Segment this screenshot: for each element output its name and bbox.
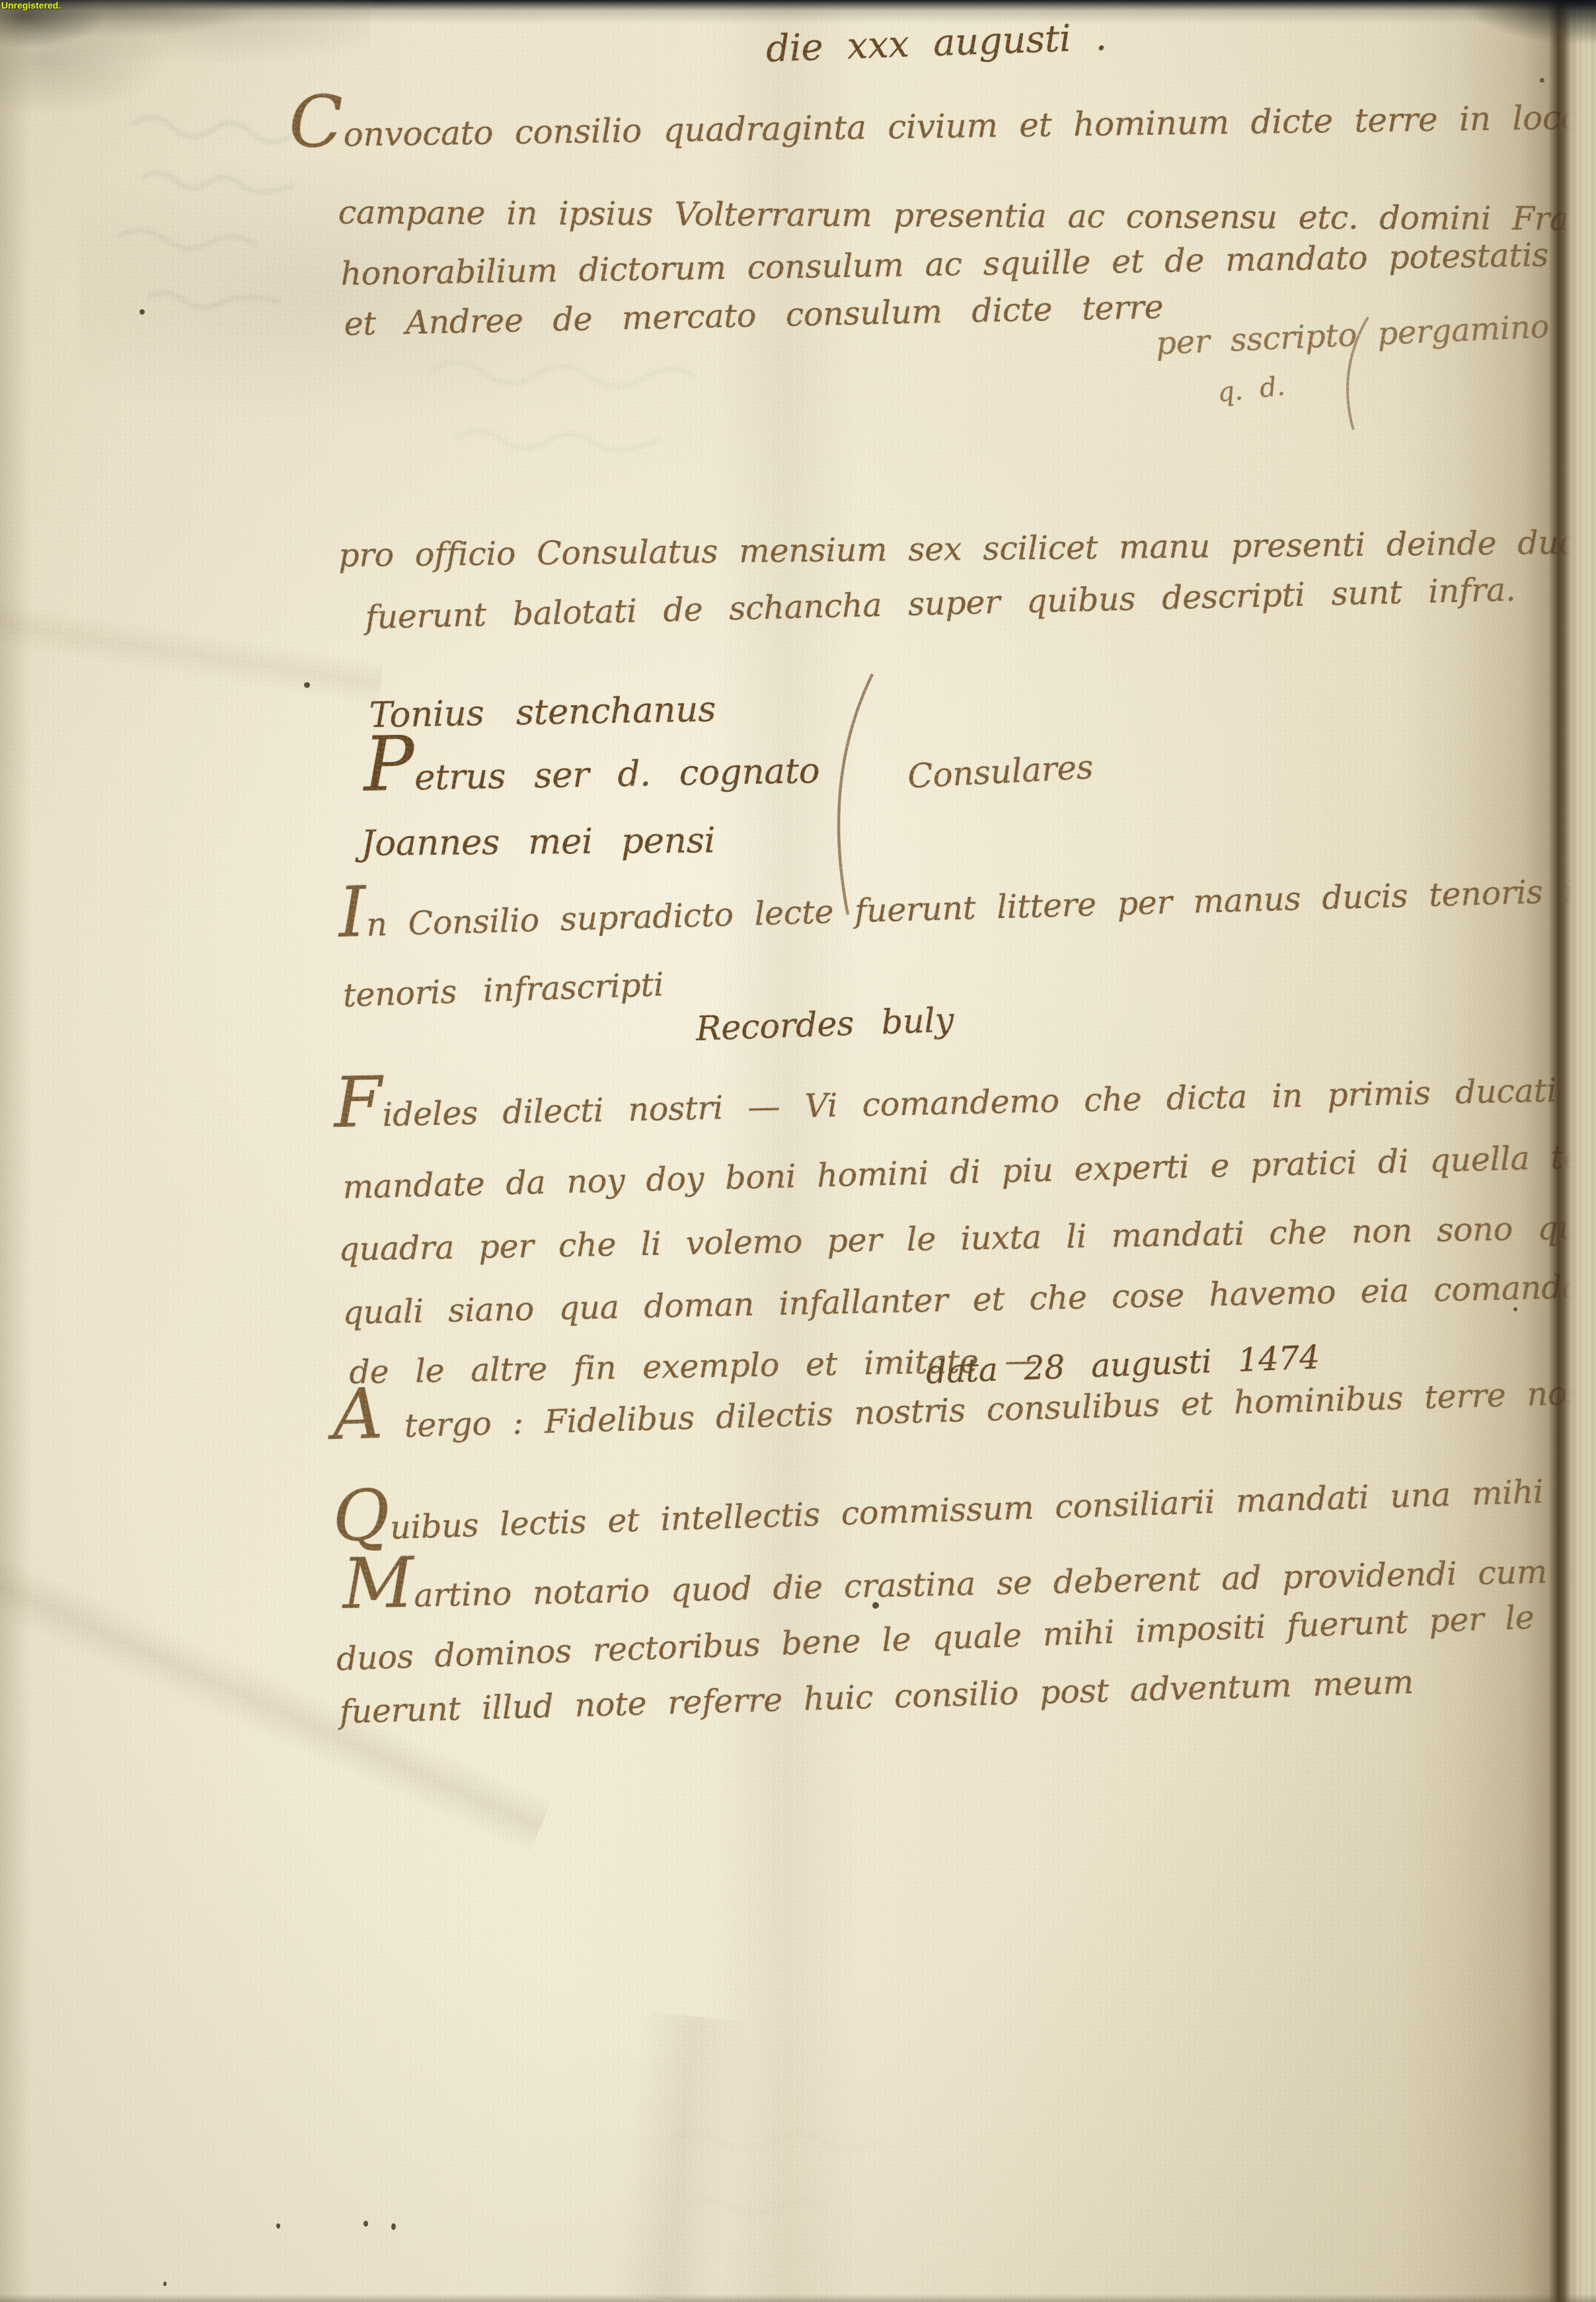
- ink-dot: [139, 309, 145, 315]
- consul-name: Petrus ser d. cognato: [363, 751, 820, 799]
- page-left-edge-shadow: [0, 0, 30, 2302]
- manuscript-centered-word: Recordes buly: [695, 1001, 954, 1049]
- next-page-edge-streaks: [1550, 0, 1596, 2302]
- ink-speck: [391, 2223, 396, 2230]
- ink-speck: [363, 2221, 368, 2227]
- ink-speck: [872, 1602, 879, 1609]
- scan-background-top-right-corner: [1424, 0, 1596, 86]
- page-bottom-edge-shadow: [0, 2294, 1596, 2302]
- manuscript-page: die xxx augusti . Convocato consilio qua…: [0, 0, 1596, 2302]
- manuscript-line: fuerunt illud note referre huic consilio…: [339, 1664, 1414, 1731]
- scanner-watermark: Unregistered.: [1, 1, 61, 11]
- verso-showthrough-lower-center: [648, 2102, 925, 2274]
- manuscript-line: Fideles dilecti nostri — Vi comandemo ch…: [334, 1071, 1557, 1135]
- crease-vertical-center: [714, 0, 859, 2302]
- consul-name: Tonius stenchanus: [369, 689, 716, 736]
- ink-dot: [304, 682, 310, 688]
- manuscript-line: fuerunt balotati de schancha super quibu…: [365, 570, 1516, 636]
- torn-paper-corner: [0, 0, 370, 198]
- manuscript-line: tenoris infrascripti: [342, 966, 664, 1015]
- manuscript-line: Quibus lectis et intellectis commissum c…: [332, 1473, 1544, 1549]
- marginal-mark: q. d.: [1216, 371, 1286, 408]
- consuls-label: Consulares: [907, 748, 1094, 796]
- consul-bracket-stroke: [803, 669, 889, 920]
- verso-showthrough-mid: [410, 330, 780, 502]
- crease-bottom-center: [613, 2011, 748, 2302]
- manuscript-line: et Andree de mercato consulum dicte terr…: [344, 288, 1164, 343]
- consul-name: Joannes mei pensi: [361, 820, 715, 864]
- ink-speck: [276, 2223, 280, 2229]
- date-heading: die xxx augusti .: [765, 16, 1108, 71]
- ink-speck: [163, 2282, 167, 2286]
- crease-diagonal-mid-left: [0, 595, 385, 707]
